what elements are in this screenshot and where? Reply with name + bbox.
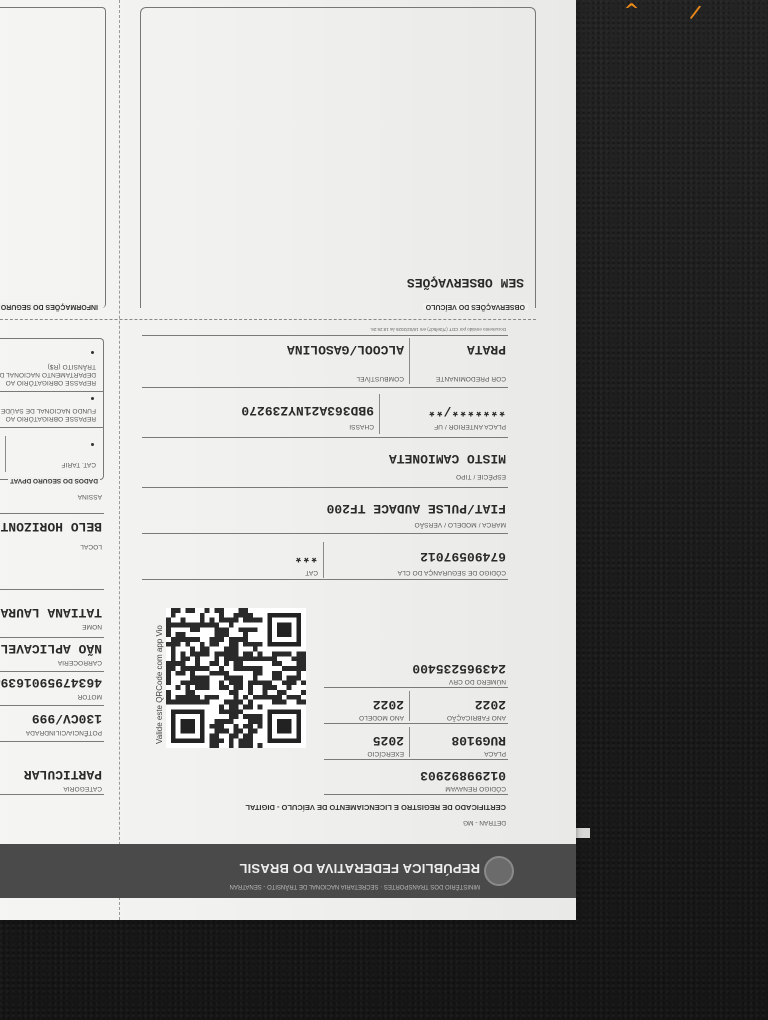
exercicio-label: EXERCÍCIO [367,750,404,757]
cor-value: PRATA [467,342,506,357]
categoria-value: PARTICULAR [24,767,102,782]
section-divider [0,319,536,320]
orange-mark: ^ [624,0,639,21]
observacoes-value: SEM OBSERVAÇÕES [407,275,524,290]
coat-of-arms-icon [484,856,514,886]
placa-anterior-label: PLACA ANTERIOR / UF [434,423,506,430]
cat-tarif-label: CAT. TARIF [61,461,96,468]
codigo-cla-label: CÓDIGO DE SEGURANÇA DO CLA [398,569,506,576]
repasse-denatran-label: REPASSE OBRIGATÓRIO AO DEPARTAMENTO NACI… [0,362,96,386]
numero-crv-label: NÚMERO DO CRV [449,678,506,685]
issuer: DETRAN - MG [463,819,506,826]
renavam-value: 01299892903 [420,768,506,783]
marca-modelo-label: MARCA / MODELO / VERSÃO [414,521,506,528]
local-label: LOCAL [80,543,102,550]
placa-label: PLACA [484,750,506,757]
qr-caption: Valide este QRCode com app Vio [155,625,164,744]
potencia-label: POTÊNCIA/CILINDRADA [26,729,102,736]
cor-label: COR PREDOMINANTE [436,375,506,382]
chassi-value: 9BD363A21NYZ39270 [241,403,374,418]
ano-fabricacao-label: ANO FABRICAÇÃO [447,714,506,721]
cat-label: CAT [305,569,318,576]
crlv-document: MINISTÉRIO DOS TRANSPORTES · SECRETARIA … [0,0,576,920]
nome-label: NOME [82,623,102,630]
info-seguro-label: INFORMAÇÕES DO SEGURO [0,303,100,310]
cat-value: *** [295,549,318,564]
placa-anterior-value: *******/** [428,403,506,418]
categoria-label: CATEGORIA [63,785,102,792]
info-seguro-box [0,7,106,308]
dpvat-label: DADOS DO SEGURO DPVAT [8,477,100,484]
ano-modelo-value: 2022 [373,697,404,712]
especie-tipo-label: ESPÉCIE / TIPO [456,473,506,480]
observacoes-label: OBSERVAÇÕES DO VEÍCULO [423,303,528,310]
ano-fabricacao-value: 2022 [475,697,506,712]
banner-subtitle: MINISTÉRIO DOS TRANSPORTES · SECRETARIA … [230,883,481,889]
carroceria-label: CARROCERIA [58,659,102,666]
especie-tipo-value: MISTO CAMIONETA [389,451,506,466]
banner-title: REPÚBLICA FEDERATIVA DO BRASIL [239,861,480,876]
column-divider [119,0,120,920]
header-banner: MINISTÉRIO DOS TRANSPORTES · SECRETARIA … [0,844,576,898]
chassi-label: CHASSI [349,423,374,430]
repasse-saude-label: REPASSE OBRIGATÓRIO AO FUNDO NACIONAL DE… [0,406,96,422]
combustivel-label: COMBUSTÍVEL [356,375,404,382]
emission-note: Documento emitido por CDT (7f3ef5d7) em … [370,327,506,332]
motor-label: MOTOR [77,693,102,700]
exercicio-value: 2025 [373,733,404,748]
nome-value: TATIANA LAURA [1,605,102,620]
potencia-value: 130CV/999 [32,711,102,726]
codigo-cla-value: 67490597012 [420,549,506,564]
numero-crv-value: 243965235400 [412,661,506,676]
combustivel-value: ALCOOL/GASOLINA [287,342,404,357]
motor-value: 46347959016394 [0,675,102,690]
observacoes-box [140,7,536,308]
assinatura-label: ASSINA [78,493,102,500]
ano-modelo-label: ANO MODELO [359,714,404,721]
placa-value: RUG9108 [451,733,506,748]
renavam-label: CÓDIGO RENAVAM [445,785,506,792]
qr-code[interactable] [166,608,306,748]
local-value: BELO HORIZONTE [0,519,102,534]
carroceria-value: NÃO APLICAVEL [1,641,102,656]
form-title: CERTIFICADO DE REGISTRO E LICENCIAMENTO … [245,803,506,812]
marca-modelo-value: FIAT/PULSE AUDACE TF200 [327,501,506,516]
